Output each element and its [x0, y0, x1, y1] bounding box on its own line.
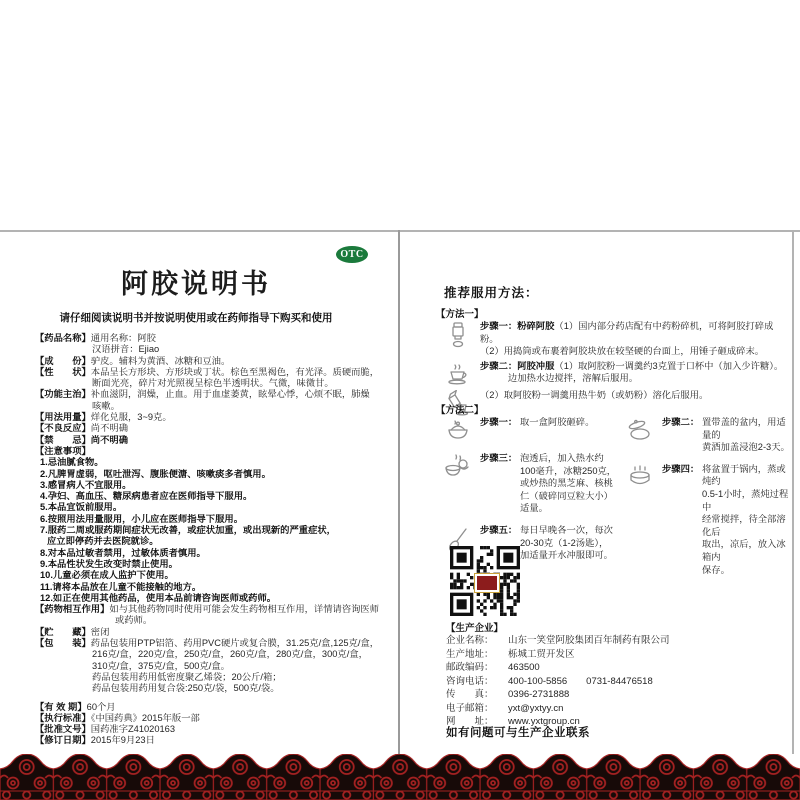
leaflet-row: 10.儿童必须在成人监护下使用。 — [35, 570, 393, 581]
field-label: 【成 份】 — [35, 356, 91, 366]
producer-key: 咨询电话： — [446, 675, 508, 689]
producer-value: 栎城工贸开发区 — [508, 648, 575, 662]
producer-row: 企业名称：山东一笑堂阿胶集团百年制药有限公司 — [446, 634, 786, 648]
leaflet-row: 应立即停药并去医院就诊。 — [35, 536, 393, 547]
producer-value: 463500 — [508, 661, 540, 675]
field-text: 药品包装用PTP铝箔、药用PVC硬片或复合膜，31.25克/盒,125克/盒， — [91, 638, 379, 648]
leaflet-row: 【执行标准】《中国药典》2015年版一部 — [35, 713, 393, 724]
page-right-rule — [792, 230, 794, 754]
field-text: 310克/盒，375克/盒，500克/盒。 — [92, 661, 230, 671]
field-label: 【功能主治】 — [35, 389, 91, 399]
producer-key: 邮政编码： — [446, 661, 508, 675]
step-title: 步骤二：阿胶冲服 — [480, 361, 554, 371]
page-top-rule — [0, 230, 800, 232]
otc-badge: OTC — [336, 246, 368, 263]
leaflet-row: 1.忌油腻食物。 — [35, 457, 393, 468]
producer-value: 0396-2731888 — [508, 688, 569, 702]
field-text: 216克/盒，220克/盒，250克/盒，260克/盒，280克/盒，300克/… — [92, 649, 368, 659]
field-text: 药品包装用药用复合袋:250克/袋，500克/袋。 — [92, 683, 280, 693]
step-title: 步骤四： — [662, 463, 702, 576]
leaflet-row: 7.服药二周或服药期间症状无改善，或症状加重，或出现新的严重症状， — [35, 525, 393, 536]
steamer-icon — [618, 463, 662, 492]
leaflet-body: 【药品名称】通用名称：阿胶 汉语拼音：Ejiao 【成 份】驴皮。辅料为黄酒、冰… — [35, 333, 393, 747]
leaflet-row: 【功能主治】补血滋阴，润燥，止血。用于血虚萎黄，眩晕心悸，心烦不眠，肺燥 — [35, 389, 393, 400]
leaflet-row: 【不良反应】尚不明确 — [35, 423, 393, 434]
field-text: 尚不明确 — [91, 435, 128, 445]
page-divider-rule — [398, 230, 400, 754]
step-title: 步骤一：粉碎阿胶 — [480, 321, 554, 331]
field-label: 【修订日期】 — [35, 735, 91, 745]
field-label: 【用法用量】 — [35, 412, 91, 422]
usage-step: 步骤二：置带盖的盆内，用适量的 黄酒加盖浸泡2-3天。 — [618, 416, 792, 454]
leaflet-row: 11.请将本品放在儿童不能接触的地方。 — [35, 582, 393, 593]
contact-note: 如有问题可与生产企业联系 — [446, 724, 590, 740]
field-label: 【药品名称】 — [35, 333, 91, 343]
field-text: 4.孕妇、高血压、糖尿病患者应在医师指导下服用。 — [40, 491, 252, 501]
field-text: 9.本品性状发生改变时禁止使用。 — [40, 559, 178, 569]
field-text: 通用名称：阿胶 — [91, 333, 156, 343]
producer-row: 传 真：0396-2731888 — [446, 688, 786, 702]
leaflet-row: 6.按照用法用量服用，小儿应在医师指导下服用。 — [35, 514, 393, 525]
leaflet-row: 3.感冒病人不宜服用。 — [35, 480, 393, 491]
grinder-icon — [436, 320, 480, 349]
leaflet-row: 【性 状】本品呈长方形块、方形块或丁状。棕色至黑褐色，有光泽。质硬而脆， — [35, 367, 393, 378]
method2-label: 【方法二】 — [436, 402, 484, 416]
field-text: 断面光亮，碎片对光照视呈棕色半透明状。气微，味微甘。 — [92, 378, 334, 388]
usage-step: 步骤一：取一盒阿胶砸碎。 — [436, 416, 618, 443]
usage-heading: 推荐服用方法： — [444, 283, 539, 301]
producer-row: 咨询电话：400-100-5856 0731-84476518 — [446, 675, 786, 689]
leaflet-row: 5.本品宜饭前服用。 — [35, 502, 393, 513]
bowls-icon — [436, 452, 480, 481]
producer-key: 企业名称： — [446, 634, 508, 648]
field-text: 尚不明确 — [91, 423, 128, 433]
field-text: 60个月 — [87, 702, 116, 712]
field-label: 【药物相互作用】 — [35, 604, 109, 614]
step-body: 取一盒阿胶砸碎。 — [520, 416, 618, 429]
producer-key: 传 真： — [446, 688, 508, 702]
field-text: 2015年9月23日 — [91, 735, 155, 745]
field-label: 【禁 忌】 — [35, 435, 91, 445]
field-text: 7.服药二周或服药期间症状无改善，或症状加重，或出现新的严重症状， — [40, 525, 336, 535]
step-body: 每日早晚各一次，每次 20-30克（1-2汤匙）， 加适量开水冲服即可。 — [520, 524, 618, 562]
page-title: 阿胶说明书 — [20, 262, 372, 301]
leaflet-row: 【注意事项】 — [35, 446, 393, 457]
field-text: 3.感冒病人不宜服用。 — [40, 480, 131, 490]
producer-label: 【生产企业】 — [446, 620, 503, 634]
leaflet-row: 或药师。 — [35, 615, 393, 626]
step-body: 泡透后，加入热水约 100毫升，冰糖250克， 或炒热的黑芝麻、核桃 仁（破碎同… — [520, 452, 618, 515]
field-text: 咳嗽。 — [92, 401, 120, 411]
leaflet-row: 4.孕妇、高血压、糖尿病患者应在医师指导下服用。 — [35, 491, 393, 502]
leaflet-row: 310克/盒，375克/盒，500克/盒。 — [35, 661, 393, 672]
producer-value: yxt@yxtyy.cn — [508, 702, 563, 716]
producer-info: 企业名称：山东一笑堂阿胶集团百年制药有限公司 生产地址：栎城工贸开发区 邮政编码… — [446, 634, 786, 729]
leaflet-row: 咳嗽。 — [35, 401, 393, 412]
field-text: 药品包装用药用低密度聚乙烯袋；20公斤/箱； — [92, 672, 282, 682]
method1-label: 【方法一】 — [436, 306, 484, 320]
field-text: 或药师。 — [115, 615, 152, 625]
leaflet-row: 2.凡脾胃虚弱，呕吐泄泻、腹胀便溏、咳嗽痰多者慎用。 — [35, 469, 393, 480]
producer-value: 山东一笑堂阿胶集团百年制药有限公司 — [508, 634, 670, 648]
field-text: 10.儿童必须在成人监护下使用。 — [40, 570, 174, 580]
leaflet-row: 药品包装用药用低密度聚乙烯袋；20公斤/箱； — [35, 672, 393, 683]
usage-step: 步骤一：粉碎阿胶（1）国内部分药店配有中药粉碎机，可将阿胶打碎成粉。 （2）用捣… — [436, 320, 788, 358]
field-label: 【包 装】 — [35, 638, 91, 648]
leaflet-row: 【药品名称】通用名称：阿胶 — [35, 333, 393, 344]
pot-lid-icon — [618, 416, 662, 443]
leaflet-row: 【禁 忌】尚不明确 — [35, 435, 393, 446]
field-text: 汉语拼音：Ejiao — [92, 344, 159, 354]
field-text: 驴皮。辅料为黄酒、冰糖和豆油。 — [91, 356, 230, 366]
leaflet-row: 【成 份】驴皮。辅料为黄酒、冰糖和豆油。 — [35, 356, 393, 367]
field-text: 12.如正在使用其他药品，使用本品前请咨询医师或药师。 — [40, 593, 276, 603]
field-text: 密闭 — [91, 627, 110, 637]
leaflet-row: 【批准文号】国药准字Z41020163 — [35, 724, 393, 735]
field-text: 本品呈长方形块、方形块或丁状。棕色至黑褐色，有光泽。质硬而脆， — [91, 367, 379, 377]
field-text: 2.凡脾胃虚弱，呕吐泄泻、腹胀便溏、咳嗽痰多者慎用。 — [40, 469, 271, 479]
qr-center-emblem — [475, 574, 499, 592]
usage-step: 步骤三：泡透后，加入热水约 100毫升，冰糖250克， 或炒热的黑芝麻、核桃 仁… — [436, 452, 618, 515]
step-body: 置带盖的盆内，用适量的 黄酒加盖浸泡2-3天。 — [702, 416, 792, 454]
field-text: 11.请将本品放在儿童不能接触的地方。 — [40, 582, 201, 592]
page-subtitle: 请仔细阅读说明书并按说明使用或在药师指导下购买和使用 — [20, 310, 372, 325]
leaflet-row: 【用法用量】烊化兑服，3~9克。 — [35, 412, 393, 423]
producer-row: 生产地址：栎城工贸开发区 — [446, 648, 786, 662]
leaflet-row: 【包 装】药品包装用PTP铝箔、药用PVC硬片或复合膜，31.25克/盒,125… — [35, 638, 393, 649]
leaflet-row: 8.对本品过敏者禁用，过敏体质者慎用。 — [35, 548, 393, 559]
field-label: 【批准文号】 — [35, 724, 91, 734]
step-title: 步骤一： — [480, 416, 520, 429]
producer-key: 生产地址： — [446, 648, 508, 662]
producer-key: 电子邮箱： — [446, 702, 508, 716]
leaflet-row: 【药物相互作用】如与其他药物同时使用可能会发生药物相互作用，详情请咨询医师 — [35, 604, 393, 615]
producer-row: 邮政编码：463500 — [446, 661, 786, 675]
field-label: 【有 效 期】 — [35, 702, 87, 712]
field-text: 如与其他药物同时使用可能会发生药物相互作用，详情请咨询医师 — [109, 604, 379, 614]
wave-pattern-border — [0, 754, 800, 800]
leaflet-row: 9.本品性状发生改变时禁止使用。 — [35, 559, 393, 570]
field-label: 【执行标准】 — [35, 713, 91, 723]
step-body: 将盆置于锅内，蒸或炖约 0.5-1小时，蒸炖过程中 经常搅拌，待全部溶化后 取出… — [702, 463, 792, 576]
field-text: 8.对本品过敏者禁用，过敏体质者慎用。 — [40, 548, 206, 558]
method2-right-column: 步骤二：置带盖的盆内，用适量的 黄酒加盖浸泡2-3天。 步骤四：将盆置于锅内，蒸… — [618, 416, 792, 585]
field-text: 《中国药典》2015年版一部 — [91, 713, 200, 723]
field-label: 【贮 藏】 — [35, 627, 91, 637]
field-text: 1.忌油腻食物。 — [40, 457, 104, 467]
step-body: （2）取阿胶粉一调羹用热牛奶（或奶粉）溶化后服用。 — [480, 390, 708, 400]
leaflet-row: 【修订日期】2015年9月23日 — [35, 735, 393, 746]
step-title: 步骤二： — [662, 416, 702, 454]
leaflet-row: 12.如正在使用其他药品，使用本品前请咨询医师或药师。 — [35, 593, 393, 604]
leaflet-row: 【贮 藏】密闭 — [35, 627, 393, 638]
covered-bowl-icon — [436, 416, 480, 443]
leaflet-row: 汉语拼音：Ejiao — [35, 344, 393, 355]
otc-label: OTC — [340, 249, 363, 260]
usage-step: （2）取阿胶粉一调羹用热牛奶（或奶粉）溶化后服用。 — [436, 389, 788, 418]
producer-value: 400-100-5856 0731-84476518 — [508, 675, 653, 689]
leaflet-row: 216克/盒，220克/盒，250克/盒，260克/盒，280克/盒，300克/… — [35, 649, 393, 660]
field-text: 烊化兑服，3~9克。 — [91, 412, 172, 422]
step-title: 步骤三： — [480, 452, 520, 515]
usage-step: 步骤四：将盆置于锅内，蒸或炖约 0.5-1小时，蒸炖过程中 经常搅拌，待全部溶化… — [618, 463, 792, 576]
field-text: 5.本品宜饭前服用。 — [40, 502, 122, 512]
field-label: 【不良反应】 — [35, 423, 91, 433]
field-label: 【注意事项】 — [35, 446, 91, 456]
field-text: 国药准字Z41020163 — [91, 724, 175, 734]
method1-steps: 步骤一：粉碎阿胶（1）国内部分药店配有中药粉碎机，可将阿胶打碎成粉。 （2）用捣… — [436, 320, 788, 420]
field-label: 【性 状】 — [35, 367, 91, 377]
leaflet-row: 断面光亮，碎片对光照视呈棕色半透明状。气微，味微甘。 — [35, 378, 393, 389]
qr-code — [450, 546, 520, 616]
producer-row: 电子邮箱：yxt@yxtyy.cn — [446, 702, 786, 716]
field-text: 应立即停药并去医院就诊。 — [47, 536, 159, 546]
leaflet-row: 药品包装用药用复合袋:250克/袋，500克/袋。 — [35, 683, 393, 694]
teacup-icon — [436, 360, 480, 387]
usage-step: 步骤二：阿胶冲服（1）取阿胶粉一调羹约3克置于口杯中（加入少许糖）。 边加热水边… — [436, 360, 788, 387]
field-text: 补血滋阴，润燥，止血。用于血虚萎黄，眩晕心悸，心烦不眠，肺燥 — [91, 389, 370, 399]
leaflet-row: 【有 效 期】60个月 — [35, 702, 393, 713]
field-text: 6.按照用法用量服用，小儿应在医师指导下服用。 — [40, 514, 243, 524]
